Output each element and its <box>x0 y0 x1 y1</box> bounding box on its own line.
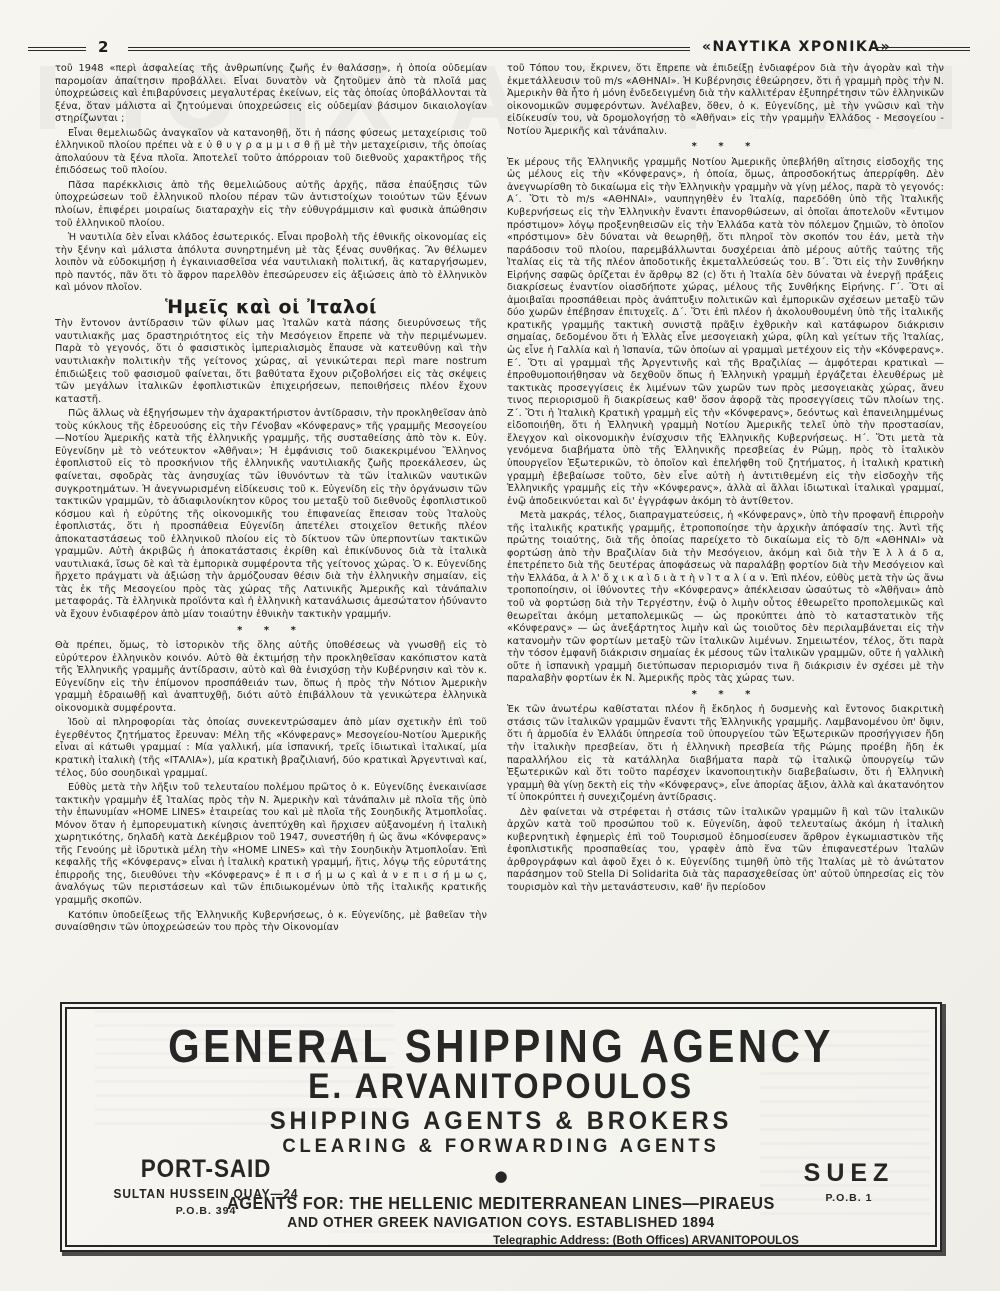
header-rule-right <box>878 47 970 51</box>
asterisk-separator: * * * <box>55 625 487 638</box>
body-paragraph: Θὰ πρέπει, ὅμως, τὸ ἱστορικὸν τῆς ὅλης α… <box>55 640 487 715</box>
body-paragraph: Κατόπιν ὑποδείξεως τῆς Ἑλληνικῆς Κυβερνή… <box>55 910 487 935</box>
ad-agents-for-line: AGENTS FOR: THE HELLENIC MEDITERRANEAN L… <box>97 1193 904 1214</box>
page-header: 2 «ΝΑΥΤΙΚΑ ΧΡΟΝΙΚΑ» <box>0 38 1000 60</box>
asterisk-separator: * * * <box>507 689 944 702</box>
ad-agency-name: GENERAL SHIPPING AGENCY <box>119 1019 883 1073</box>
ad-owner-name: E. ARVANITOPOULOS <box>102 1067 901 1107</box>
body-paragraph: Τὴν ἔντονον ἀντίδρασιν τῶν φίλων μας Ἰτα… <box>55 318 487 406</box>
body-paragraph: τοῦ 1948 «περὶ ἀσφαλείας τῆς ἀνθρωπίνης … <box>55 63 487 126</box>
ad-subtitle-brokers: SHIPPING AGENTS & BROKERS <box>89 1107 914 1136</box>
ad-city-suez: SUEZ <box>789 1159 909 1188</box>
ad-office-suez: SUEZ P.O.B. 1 <box>789 1159 909 1204</box>
advertisement-box: GENERAL SHIPPING AGENCY E. ARVANITOPOULO… <box>60 1002 942 1252</box>
section-heading: Ἡμεῖς καὶ οἱ Ἰταλοί <box>55 301 487 314</box>
body-paragraph: Ἰδοὺ αἱ πληροφορίαι τὰς ὁποίας συνεκεντρ… <box>55 717 487 780</box>
header-rule-left <box>28 47 86 51</box>
body-paragraph: Μετὰ μακράς, τέλος, διαπραγματεύσεις, ἡ … <box>507 510 944 686</box>
magazine-page: ΝΑΥΤΙΚΑ ΧΡΟΝΙΚΑ 2 «ΝΑΥΤΙΚΑ ΧΡΟΝΙΚΑ» τοῦ … <box>0 0 1000 1291</box>
body-paragraph: Πᾶσα παρέκκλισις ἀπὸ τῆς θεμελιώδους αὐτ… <box>55 180 487 230</box>
right-column: τοῦ Τόπου του, ἔκρινεν, ὅτι ἔπρεπε νὰ ἐπ… <box>507 63 944 1003</box>
magazine-title: «ΝΑΥΤΙΚΑ ΧΡΟΝΙΚΑ» <box>702 39 891 55</box>
body-paragraph: Πῶς ἄλλως νὰ ἐξηγήσωμεν τὴν ἀχαρακτήριστ… <box>55 408 487 621</box>
ad-pob-suez: P.O.B. 1 <box>789 1192 909 1204</box>
body-paragraph: τοῦ Τόπου του, ἔκρινεν, ὅτι ἔπρεπε νὰ ἐπ… <box>507 63 944 138</box>
ad-telegraphic-address: Telegraphic Address: (Both Offices) ARVA… <box>397 1235 895 1247</box>
body-paragraph: Δὲν φαίνεται νὰ στρέφεται ἡ στάσις τῶν ἰ… <box>507 807 944 895</box>
advertisement-inner-border: GENERAL SHIPPING AGENCY E. ARVANITOPOULO… <box>65 1007 937 1247</box>
body-paragraph: Ἡ ναυτιλία δὲν εἶναι κλάδος ἐσωτερικός. … <box>55 232 487 295</box>
header-rule-middle <box>128 47 690 51</box>
body-paragraph: Ἐκ μέρους τῆς Ἑλληνικῆς γραμμῆς Νοτίου Ἀ… <box>507 157 944 508</box>
body-paragraph: Ἐκ τῶν ἀνωτέρω καθίσταται πλέον ἢ ἔκδηλο… <box>507 704 944 804</box>
ad-established-line: AND OTHER GREEK NAVIGATION COYS. ESTABLI… <box>89 1215 914 1231</box>
body-paragraph: Εἶναι θεμελιωδῶς ἀναγκαῖον νὰ κατανοηθῇ,… <box>55 128 487 178</box>
asterisk-separator: * * * <box>507 141 944 154</box>
page-number: 2 <box>98 38 108 56</box>
left-column: τοῦ 1948 «περὶ ἀσφαλείας τῆς ἀνθρωπίνης … <box>55 63 487 1003</box>
body-paragraph: Εὐθὺς μετὰ τὴν λῆξιν τοῦ τελευταίου πολέ… <box>55 782 487 907</box>
